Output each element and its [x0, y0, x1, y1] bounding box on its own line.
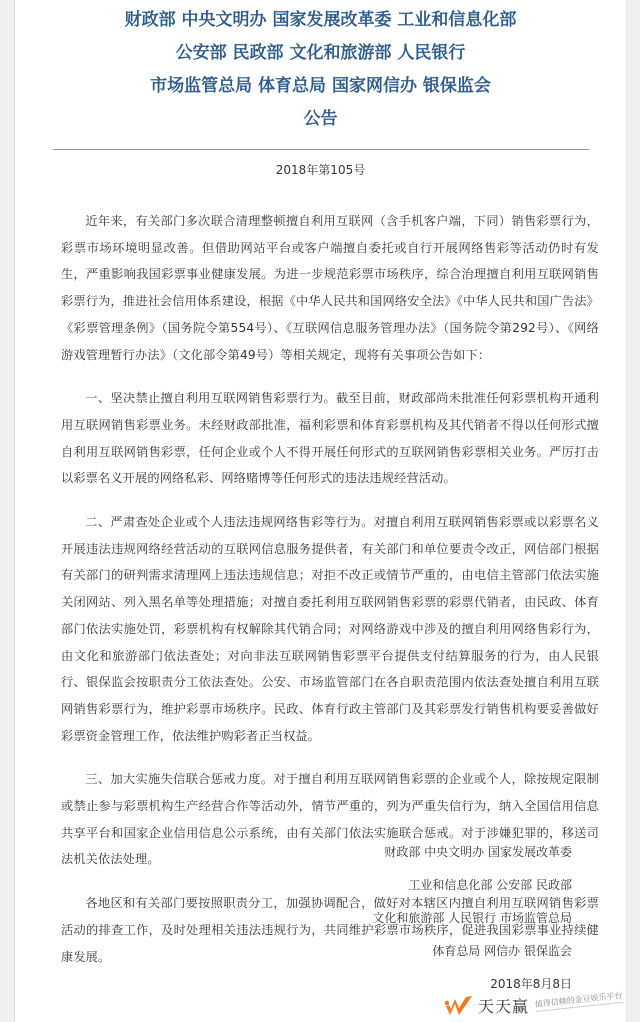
signature-line-3: 文化和旅游部 人民银行 市场监管总局	[372, 902, 572, 935]
paragraph-intro: 近年来，有关部门多次联合清理整顿擅自利用互联网（含手机客户端，下同）销售彩票行为…	[61, 208, 599, 368]
watermark-slogan: 值得信赖的金豆娱乐平台	[534, 989, 623, 1011]
title-divider	[53, 149, 589, 150]
title-line-2: 公安部 民政部 文化和旅游部 人民银行	[15, 37, 626, 70]
signature-line-4: 体育总局 网信办 银保监会	[372, 935, 572, 968]
paragraph-item-1: 一、坚决禁止擅自利用互联网销售彩票行为。截至目前，财政部尚未批准任何彩票机构开通…	[61, 385, 599, 492]
signature-line-1: 财政部 中央文明办 国家发展改革委	[372, 836, 572, 869]
signature-line-2: 工业和信息化部 公安部 民政部	[372, 869, 572, 902]
announcement-title: 财政部 中央文明办 国家发展改革委 工业和信息化部 公安部 民政部 文化和旅游部…	[15, 4, 626, 136]
title-line-4: 公告	[15, 103, 626, 136]
document-number: 2018年第105号	[15, 160, 626, 180]
watermark: 天天赢 值得信赖的金豆娱乐平台	[444, 990, 623, 1020]
signature-block: 财政部 中央文明办 国家发展改革委 工业和信息化部 公安部 民政部 文化和旅游部…	[372, 836, 572, 1001]
w-logo-icon	[444, 994, 474, 1016]
title-line-3: 市场监管总局 体育总局 国家网信办 银保监会	[15, 70, 626, 103]
title-line-1: 财政部 中央文明办 国家发展改革委 工业和信息化部	[15, 4, 626, 37]
paragraph-item-2: 二、严肃查处企业或个人违法违规网络售彩等行为。对擅自利用互联网销售彩票或以彩票名…	[61, 509, 599, 749]
document-page: 财政部 中央文明办 国家发展改革委 工业和信息化部 公安部 民政部 文化和旅游部…	[14, 0, 627, 1022]
watermark-brand-name: 天天赢	[478, 994, 529, 1017]
